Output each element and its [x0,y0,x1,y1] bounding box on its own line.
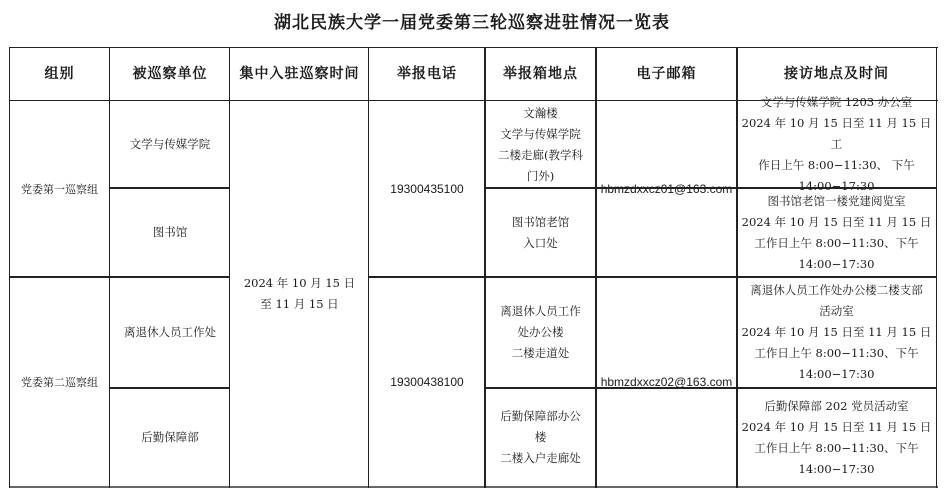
inspection-period: 2024 年 10 月 15 日 至 11 月 15 日 [230,101,369,487]
inspection-table: 组别 被巡察单位 集中入驻巡察时间 举报电话 举报箱地点 电子邮箱 接访地点及时… [0,0,944,495]
reception-info: 后勤保障部 202 党员活动室 2024 年 10 月 15 日至 11 月 1… [737,388,936,487]
table-border [368,47,369,488]
text-line: 活动室 [742,301,932,322]
text-line: 2024 年 10 月 15 日至 11 月 15 日工 [741,113,932,155]
email-address[interactable]: hbmzdxxcz02@163.com [596,277,737,487]
header-period: 集中入驻巡察时间 [230,48,369,101]
unit-name: 离退休人员工作处 [110,277,230,388]
table-border [229,47,230,488]
text-line: 14:00−17:30 [742,459,932,480]
text-line: 离退休人员工作处办公楼二楼支部 [742,280,932,301]
text-line: 图书馆老馆一楼党建阅览室 [742,191,932,212]
text-line: 2024 年 10 月 15 日至 11 月 15 日 [742,417,932,438]
header-box-location: 举报箱地点 [485,48,596,101]
table-border [9,100,938,101]
text-line: 门外) [498,166,583,187]
table-border [484,47,486,488]
reception-info: 文学与传媒学院 1203 办公室 2024 年 10 月 15 日至 11 月 … [737,101,936,188]
text-line: 作日上午 8:00−11:30、 下午 [741,155,932,176]
text-line: 文学与传媒学院 [498,124,583,145]
unit-name: 图书馆 [110,188,230,277]
reception-info: 图书馆老馆一楼党建阅览室 2024 年 10 月 15 日至 11 月 15 日… [737,188,936,277]
table-border [9,47,938,48]
unit-name: 后勤保障部 [110,388,230,487]
group-name: 党委第二巡察组 [9,277,110,487]
text-line: 2024 年 10 月 15 日 [244,273,355,294]
reception-info: 离退休人员工作处办公楼二楼支部 活动室 2024 年 10 月 15 日至 11… [737,277,936,388]
table-border [485,387,936,389]
phone-number: 19300438100 [369,277,485,487]
text-line: 2024 年 10 月 15 日至 11 月 15 日 [742,212,932,233]
text-line: 后勤保障部办公 [500,406,581,427]
group-name: 党委第一巡察组 [9,101,110,277]
table-border [9,47,10,488]
table-border [109,47,110,488]
box-location: 图书馆老馆 入口处 [485,188,596,277]
phone-number: 19300435100 [369,101,485,277]
header-email: 电子邮箱 [596,48,737,101]
table-border [9,276,230,278]
text-line: 处办公楼 [500,322,581,343]
email-address[interactable]: hbmzdxxcz01@163.com [596,101,737,277]
text-line: 2024 年 10 月 15 日至 11 月 15 日 [742,322,932,343]
box-location: 文瀚楼 文学与传媒学院 二楼走廊(教学科 门外) [485,101,596,188]
text-line: 14:00−17:30 [742,254,932,275]
text-line: 楼 [500,427,581,448]
text-line: 工作日上午 8:00−11:30、下午 [742,233,932,254]
table-border [110,187,230,189]
text-line: 14:00−17:30 [742,364,932,385]
unit-name: 文学与传媒学院 [110,101,230,188]
table-border [9,486,938,488]
header-unit: 被巡察单位 [110,48,230,101]
table-border [369,276,936,278]
text-line: 图书馆老馆 [512,212,570,233]
text-line: 文学与传媒学院 1203 办公室 [741,92,932,113]
header-group: 组别 [9,48,110,101]
table-border [736,47,738,488]
text-line: 至 11 月 15 日 [244,294,355,315]
text-line: 二楼入户走廊处 [500,448,581,469]
text-line: 离退休人员工作 [500,301,581,322]
text-line: 二楼走道处 [500,343,581,364]
text-line: 二楼走廊(教学科 [498,145,583,166]
table-border [936,47,937,488]
text-line: 工作日上午 8:00−11:30、下午 [742,438,932,459]
text-line: 文瀚楼 [498,103,583,124]
text-line: 后勤保障部 202 党员活动室 [742,396,932,417]
box-location: 离退休人员工作 处办公楼 二楼走道处 [485,277,596,388]
header-phone: 举报电话 [369,48,485,101]
table-border [595,47,597,488]
table-border [485,187,936,189]
box-location: 后勤保障部办公 楼 二楼入户走廊处 [485,388,596,487]
table-border [110,387,230,389]
text-line: 入口处 [512,233,570,254]
text-line: 工作日上午 8:00−11:30、下午 [742,343,932,364]
